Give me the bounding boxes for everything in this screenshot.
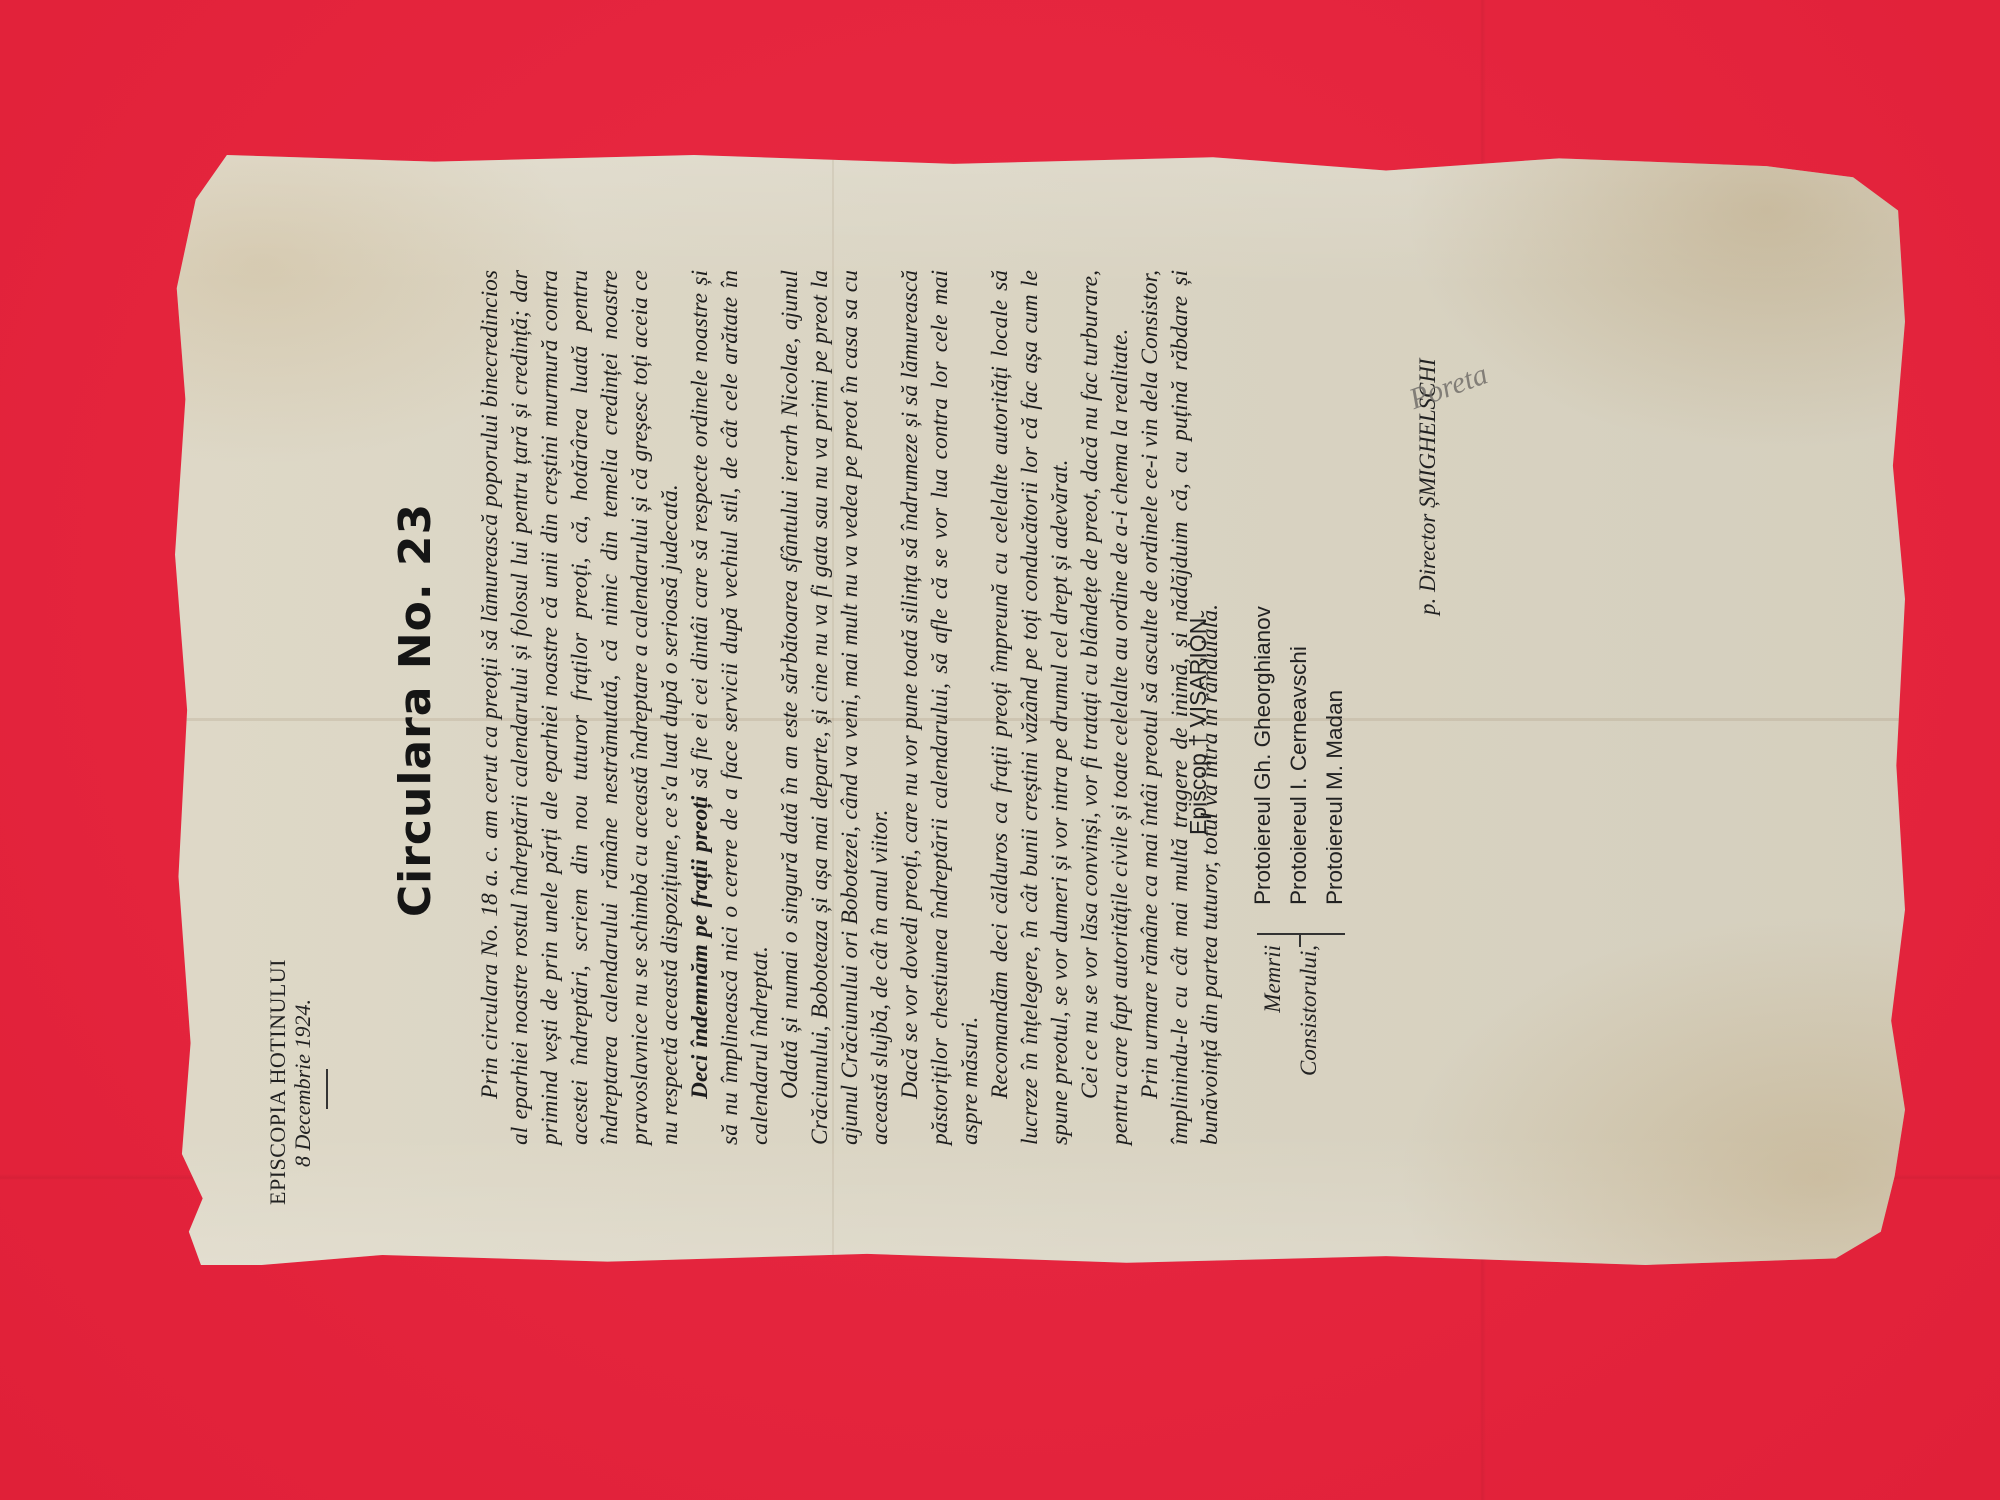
member-name: Protoiereul I. Cerneavschi xyxy=(1281,606,1317,905)
document-title: Circulara No. 23 xyxy=(390,155,441,1265)
paragraph-2: Deci îndemnăm pe frații preoți să fie ei… xyxy=(685,270,775,1145)
paragraph-lead-bold: Deci îndemnăm pe frații preoți xyxy=(687,796,713,1099)
member-name: Protoiereul Gh. Gheorghianov xyxy=(1245,606,1281,905)
document-header: EPISCOPIA HOTINULUI 8 Decembrie 1924. xyxy=(265,959,328,1205)
brace-icon xyxy=(1257,919,1345,935)
consistory-members-label: Memrii Consistorului, xyxy=(1255,945,1327,1185)
document-body: Prin circulara No. 18 a. c. am cerut ca … xyxy=(475,270,1225,1145)
paragraph-1: Prin circulara No. 18 a. c. am cerut ca … xyxy=(475,270,685,1145)
member-name: Protoiereul M. Madan xyxy=(1317,606,1353,905)
consistory-members-list: Protoiereul Gh. Gheorghianov Protoiereul… xyxy=(1245,606,1353,905)
paragraph-6: Cei ce nu se vor lăsa convinși, vor fi t… xyxy=(1075,270,1135,1145)
paragraph-5: Recomandăm deci călduros ca frații preoț… xyxy=(985,270,1075,1145)
paragraph-3: Odată și numai o singură dată în an este… xyxy=(775,270,895,1145)
paragraph-4: Dacă se vor dovedi preoți, care nu vor p… xyxy=(895,270,985,1145)
circular-document: EPISCOPIA HOTINULUI 8 Decembrie 1924. Ci… xyxy=(175,155,1905,1265)
issue-date: 8 Decembrie 1924. xyxy=(290,959,315,1205)
issuer-name: EPISCOPIA HOTINULUI xyxy=(265,959,290,1205)
bishop-signature: Episcop † VISARION xyxy=(1185,618,1212,835)
header-rule xyxy=(326,1069,328,1109)
